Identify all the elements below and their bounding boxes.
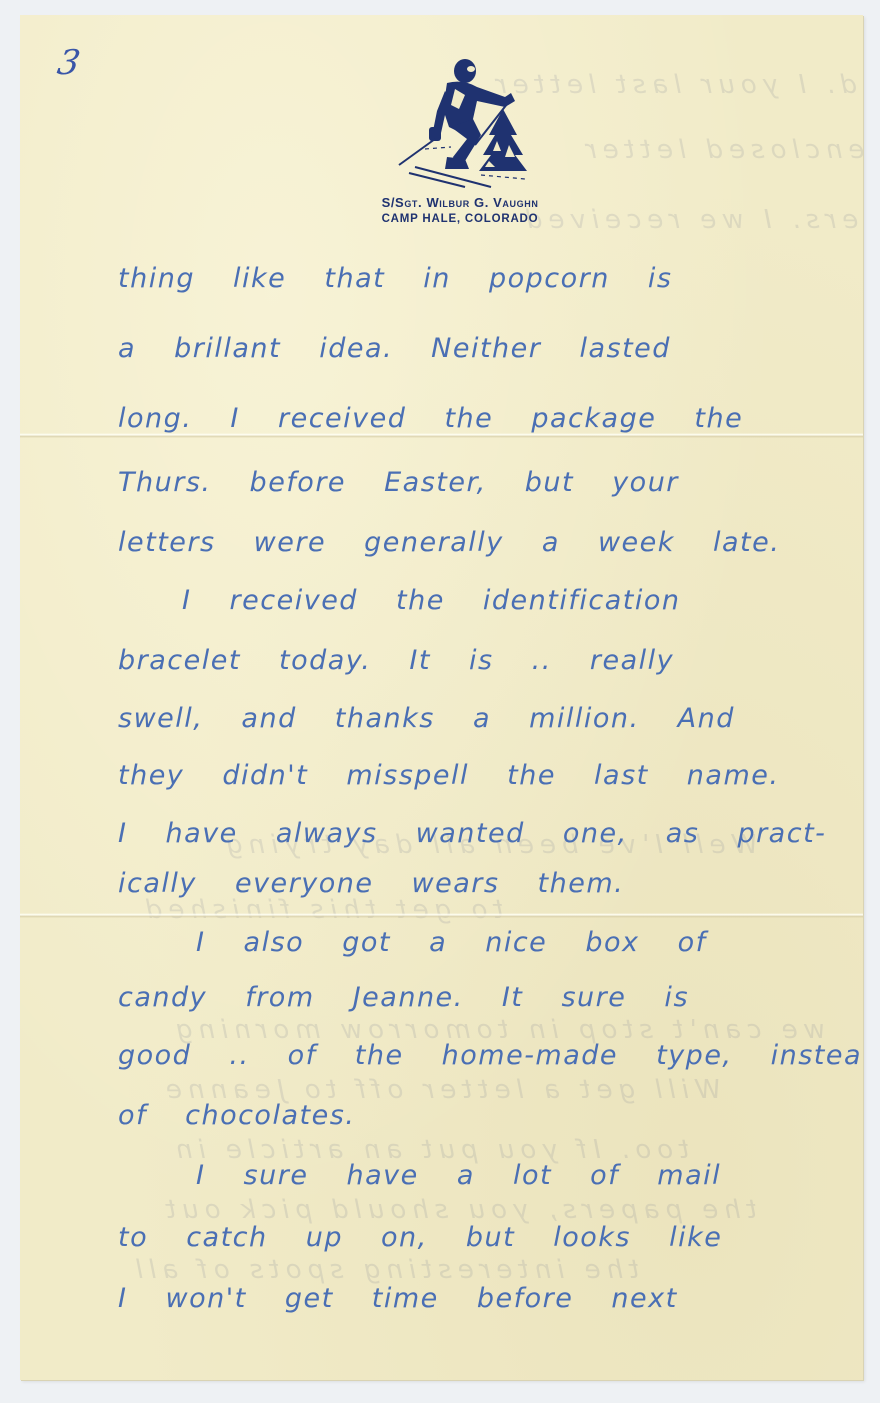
letter-line: I have always wanted one, as pract- — [118, 818, 826, 849]
letter-line: Thurs. before Easter, but your — [118, 467, 679, 498]
letter-line: swell, and thanks a million. And — [118, 703, 735, 734]
letter-line: letters were generally a week late. — [118, 527, 780, 558]
letter-line: they didn't misspell the last name. — [118, 760, 779, 791]
letterhead: S/Sgt. Wilbur G. Vaughn CAMP HALE, COLOR… — [320, 49, 600, 225]
letter-line: a brillant idea. Neither lasted — [118, 333, 671, 364]
letter-line: to catch up on, but looks like — [118, 1222, 722, 1253]
letter-line: of chocolates. — [118, 1100, 355, 1131]
letterhead-name: S/Sgt. Wilbur G. Vaughn — [320, 195, 600, 210]
fold-crease — [20, 913, 863, 918]
letter-line: ically everyone wears them. — [118, 868, 624, 899]
skier-icon — [385, 49, 535, 189]
bleed-through-line: the papers, you should pick out — [160, 1195, 757, 1225]
letter-line: long. I received the package the — [118, 403, 743, 434]
page-number: 3 — [54, 43, 83, 83]
letter-line: good .. of the home-made type, instead — [118, 1040, 863, 1071]
letter-line: bracelet today. It is .. really — [118, 645, 674, 676]
bleed-through-line: the interesting spots of all — [130, 1255, 639, 1285]
letter-line: I received the identification — [182, 585, 681, 616]
letter-line: I sure have a lot of mail — [196, 1160, 721, 1191]
letter-page: weekend. I your last letter today with t… — [20, 15, 863, 1380]
bleed-through-line: today with the enclosed letter — [580, 135, 863, 165]
letter-line: I also got a nice box of — [196, 927, 707, 958]
letter-line: thing like that in popcorn is — [118, 263, 673, 294]
bleed-through-line: to get this finished — [140, 895, 504, 925]
letter-line: I won't get time before next — [118, 1283, 678, 1314]
letter-line: candy from Jeanne. It sure is — [118, 982, 689, 1013]
letterhead-location: CAMP HALE, COLORADO — [320, 213, 600, 225]
